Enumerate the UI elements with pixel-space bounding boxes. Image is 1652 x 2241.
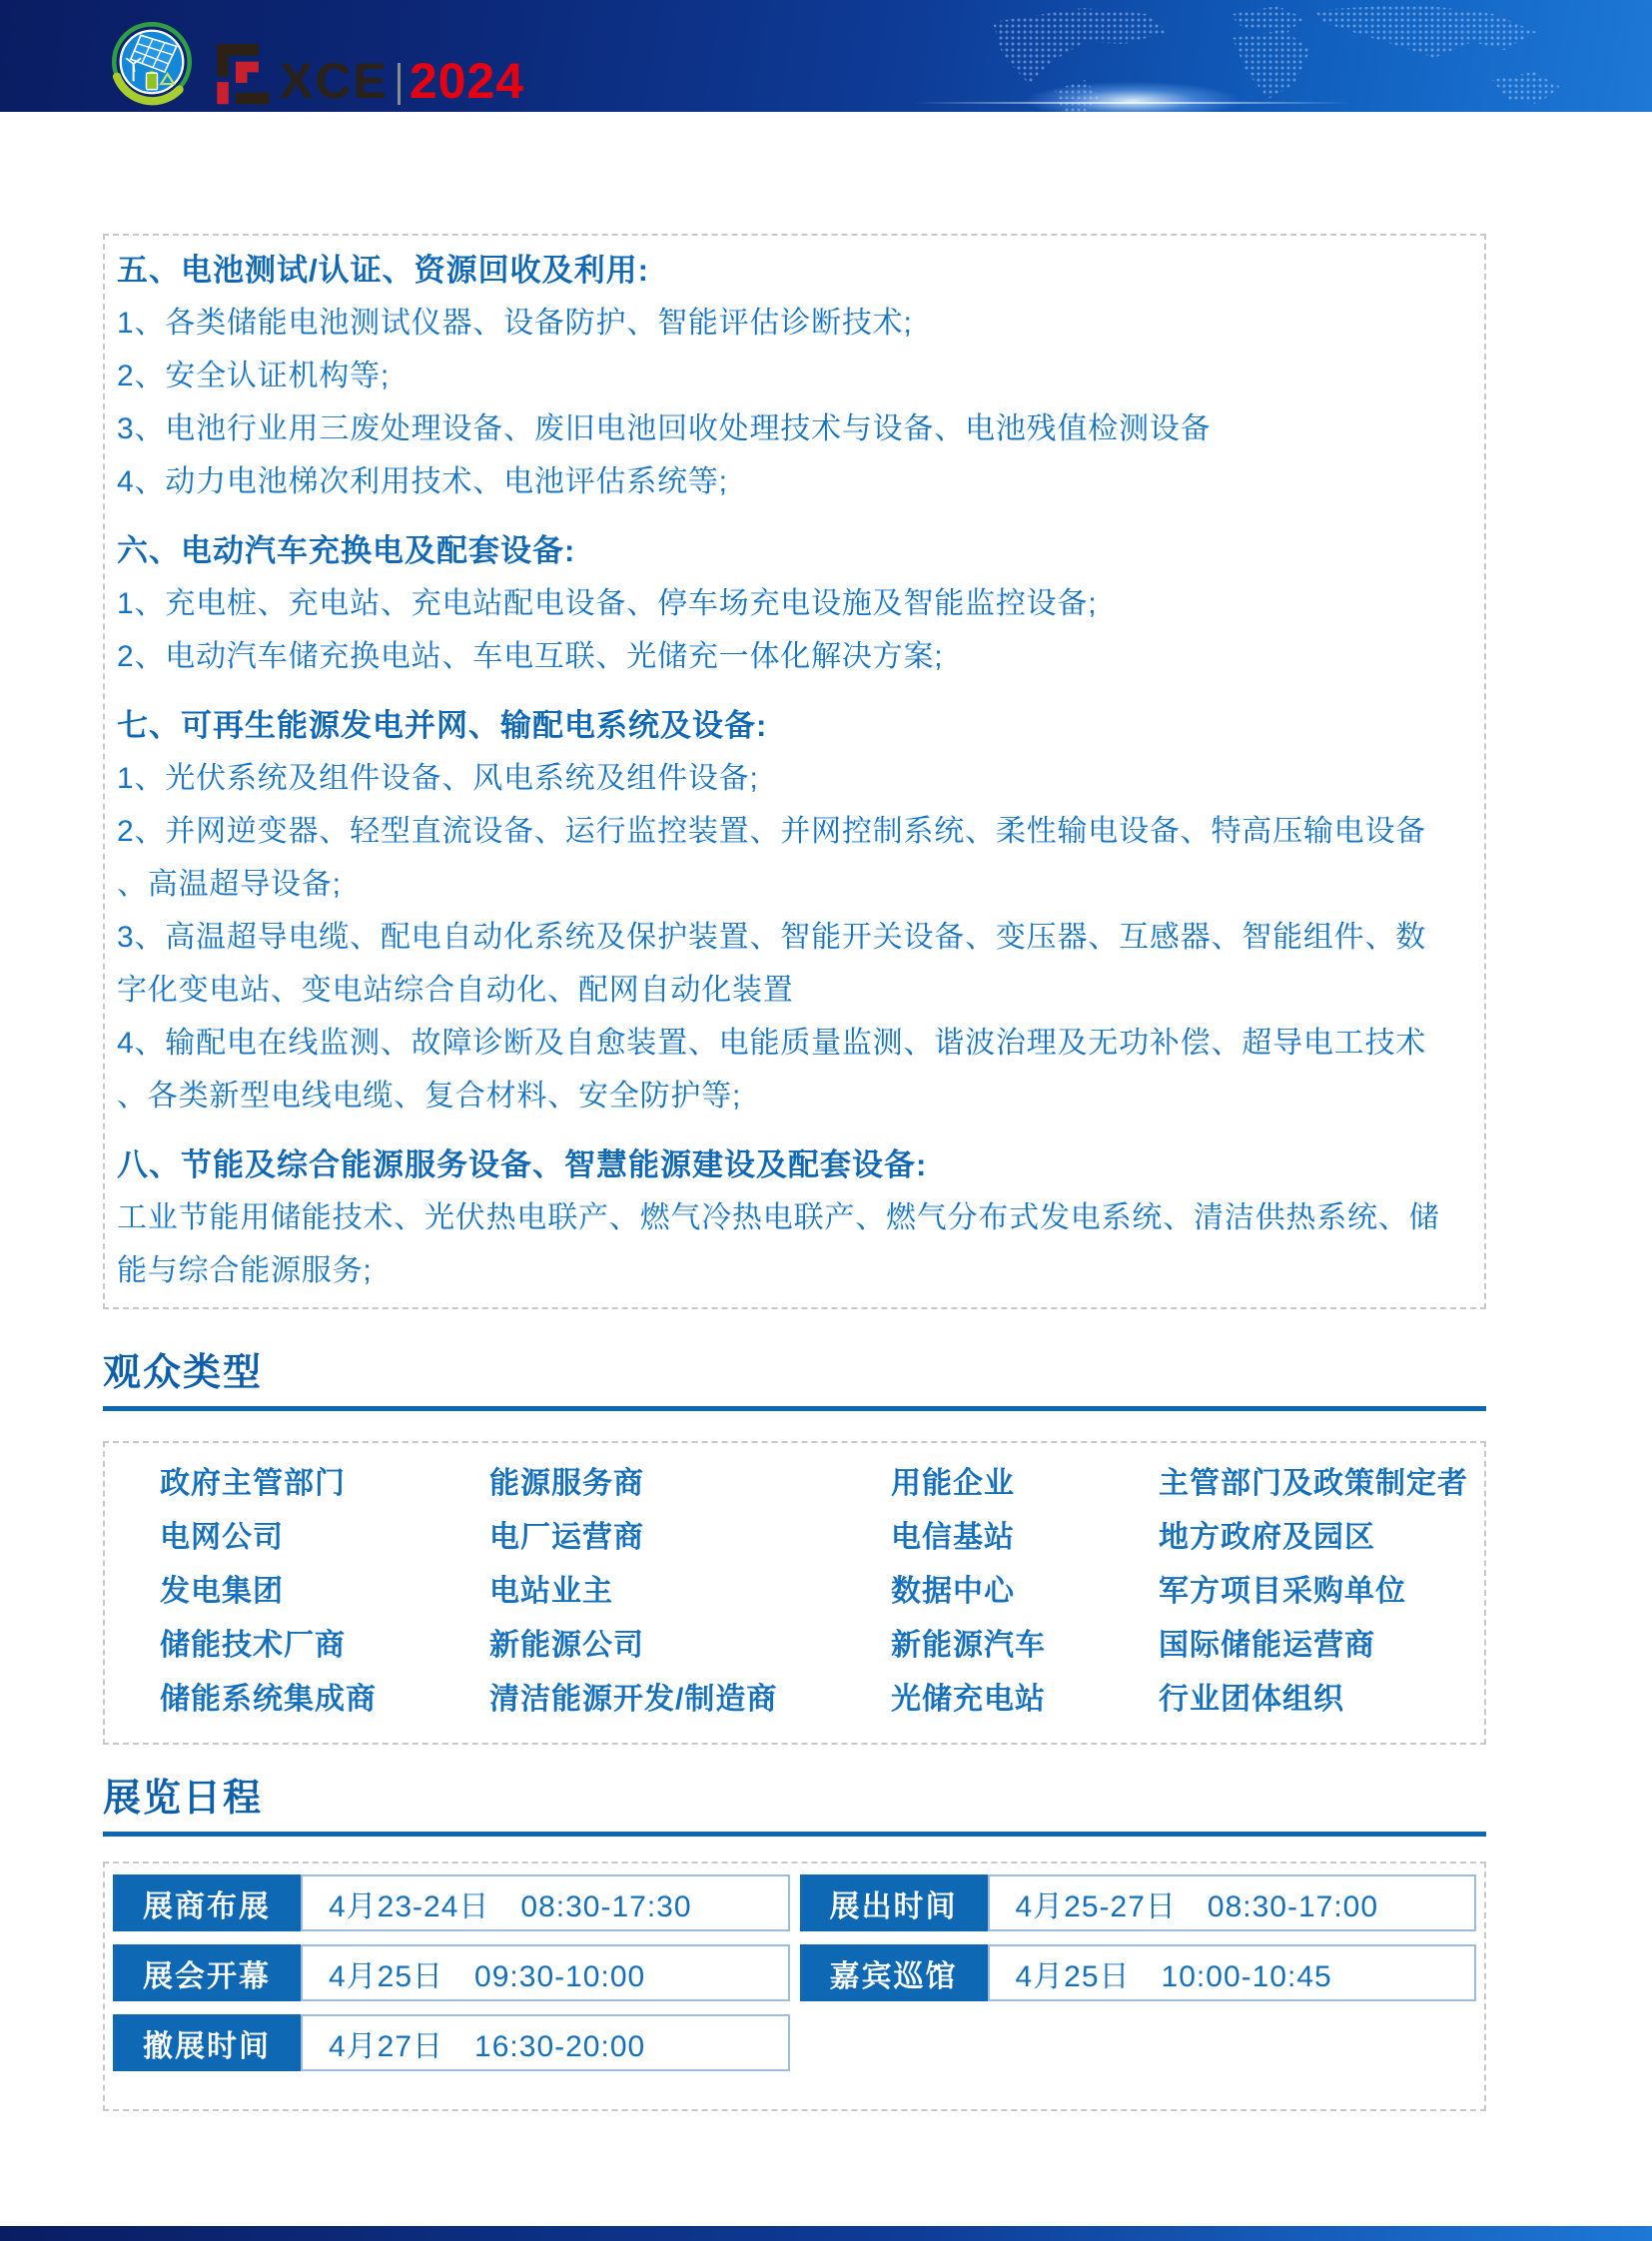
brand-mark-icon [212,40,274,110]
brand-text: XCE [280,56,389,106]
scope-section-8: 八、节能及综合能源服务设备、智慧能源建设及配套设备: 工业节能用储能技术、光伏热… [117,1138,1444,1297]
schedule-label: 展会开幕 [113,1944,301,2001]
section-heading: 七、可再生能源发电并网、输配电系统及设备: [117,699,1444,752]
schedule-row: 展商布展 4月23-24日 08:30-17:30 展出时间 4月25-27日 … [113,1874,1476,1931]
scope-item: 4、输配电在线监测、故障诊断及自愈装置、电能质量监测、谐波治理及无功补偿、超导电… [117,1017,1444,1122]
schedule-label: 展商布展 [113,1874,301,1931]
light-flare-line [913,102,1352,104]
schedule-label: 展出时间 [800,1874,988,1931]
scope-item: 3、电池行业用三废处理设备、废旧电池回收处理技术与设备、电池残值检测设备 [117,402,1444,455]
scope-box: 五、电池测试/认证、资源回收及利用: 1、各类储能电池测试仪器、设备防护、智能评… [103,234,1486,1309]
schedule-row: 展会开幕 4月25日 09:30-10:00 嘉宾巡馆 4月25日 10:00-… [113,1944,1476,2001]
scope-section-7: 七、可再生能源发电并网、输配电系统及设备: 1、光伏系统及组件设备、风电系统及组… [117,699,1444,1122]
brand-year: 2024 [410,56,524,106]
audience-cell: 军方项目采购单位 [1159,1565,1484,1619]
audience-cell: 国际储能运营商 [1159,1619,1484,1673]
audience-grid: 政府主管部门 能源服务商 用能企业 主管部门及政策制定者 电网公司 电厂运营商 … [160,1457,1484,1727]
light-flare-graphic [983,74,1282,112]
schedule-row: 撤展时间 4月27日 16:30-20:00 [113,2014,1476,2071]
audience-cell: 新能源公司 [489,1619,891,1673]
schedule-value: 4月25日 10:00-10:45 [988,1944,1477,2001]
audience-box: 政府主管部门 能源服务商 用能企业 主管部门及政策制定者 电网公司 电厂运营商 … [103,1441,1486,1745]
audience-cell: 电网公司 [160,1511,489,1565]
brand-logo: XCE 2024 [106,12,524,108]
audience-cell: 发电集团 [160,1565,489,1619]
audience-cell: 储能技术厂商 [160,1619,489,1673]
audience-cell: 地方政府及园区 [1159,1511,1484,1565]
header-banner: XCE 2024 [0,0,1652,112]
brochure-page: XCE 2024 五、电池测试/认证、资源回收及利用: 1、各类储能电池测试仪器… [0,0,1652,2241]
scope-item: 1、充电桩、充电站、充电站配电设备、停车场充电设施及智能监控设备; [117,577,1444,630]
scope-item: 2、安全认证机构等; [117,350,1444,402]
scope-section-5: 五、电池测试/认证、资源回收及利用: 1、各类储能电池测试仪器、设备防护、智能评… [117,244,1444,508]
scope-section-6: 六、电动汽车充换电及配套设备: 1、充电桩、充电站、充电站配电设备、停车场充电设… [117,524,1444,683]
audience-cell: 能源服务商 [489,1457,891,1511]
scope-item: 3、高温超导电缆、配电自动化系统及保护装置、智能开关设备、变压器、互感器、智能组… [117,911,1444,1017]
section-heading: 五、电池测试/认证、资源回收及利用: [117,244,1444,297]
audience-cell: 用能企业 [891,1457,1159,1511]
schedule-value: 4月25日 09:30-10:00 [301,1944,790,2001]
audience-cell: 清洁能源开发/制造商 [489,1673,891,1727]
schedule-value: 4月25-27日 08:30-17:00 [988,1874,1477,1931]
section-heading: 六、电动汽车充换电及配套设备: [117,524,1444,577]
audience-title: 观众类型 [103,1353,1486,1393]
schedule-entry: 撤展时间 4月27日 16:30-20:00 [113,2014,790,2071]
schedule-entry: 展会开幕 4月25日 09:30-10:00 [113,1944,790,2001]
audience-cell: 数据中心 [891,1565,1159,1619]
scope-item: 1、各类储能电池测试仪器、设备防护、智能评估诊断技术; [117,297,1444,350]
schedule-value: 4月27日 16:30-20:00 [301,2014,790,2071]
audience-cell: 电站业主 [489,1565,891,1619]
section-heading: 八、节能及综合能源服务设备、智慧能源建设及配套设备: [117,1138,1444,1191]
scope-item: 1、光伏系统及组件设备、风电系统及组件设备; [117,752,1444,805]
footer-bar [0,2226,1652,2241]
schedule-entry: 展商布展 4月23-24日 08:30-17:30 [113,1874,790,1931]
schedule-value: 4月23-24日 08:30-17:30 [301,1874,790,1931]
schedule-title: 展览日程 [103,1779,1486,1819]
scope-item: 4、动力电池梯次利用技术、电池评估系统等; [117,455,1444,508]
audience-cell: 政府主管部门 [160,1457,489,1511]
brand-divider [398,63,401,105]
energy-globe-icon [106,16,198,108]
audience-cell: 新能源汽车 [891,1619,1159,1673]
schedule-box: 展商布展 4月23-24日 08:30-17:30 展出时间 4月25-27日 … [103,1862,1486,2111]
content-column: 五、电池测试/认证、资源回收及利用: 1、各类储能电池测试仪器、设备防护、智能评… [103,234,1486,2111]
audience-cell: 电信基站 [891,1511,1159,1565]
scope-item: 工业节能用储能技术、光伏热电联产、燃气冷热电联产、燃气分布式发电系统、清洁供热系… [117,1191,1444,1297]
audience-cell: 主管部门及政策制定者 [1159,1457,1484,1511]
scope-item: 2、并网逆变器、轻型直流设备、运行监控装置、并网控制系统、柔性输电设备、特高压输… [117,805,1444,911]
schedule-entry: 嘉宾巡馆 4月25日 10:00-10:45 [800,1944,1477,2001]
audience-cell: 储能系统集成商 [160,1673,489,1727]
audience-cell: 电厂运营商 [489,1511,891,1565]
schedule-label: 撤展时间 [113,2014,301,2071]
schedule-label: 嘉宾巡馆 [800,1944,988,2001]
schedule-entry: 展出时间 4月25-27日 08:30-17:00 [800,1874,1477,1931]
audience-cell: 行业团体组织 [1159,1673,1484,1727]
audience-title-underline [103,1406,1486,1411]
schedule-title-underline [103,1832,1486,1837]
scope-item: 2、电动汽车储充换电站、车电互联、光储充一体化解决方案; [117,630,1444,683]
audience-cell: 光储充电站 [891,1673,1159,1727]
